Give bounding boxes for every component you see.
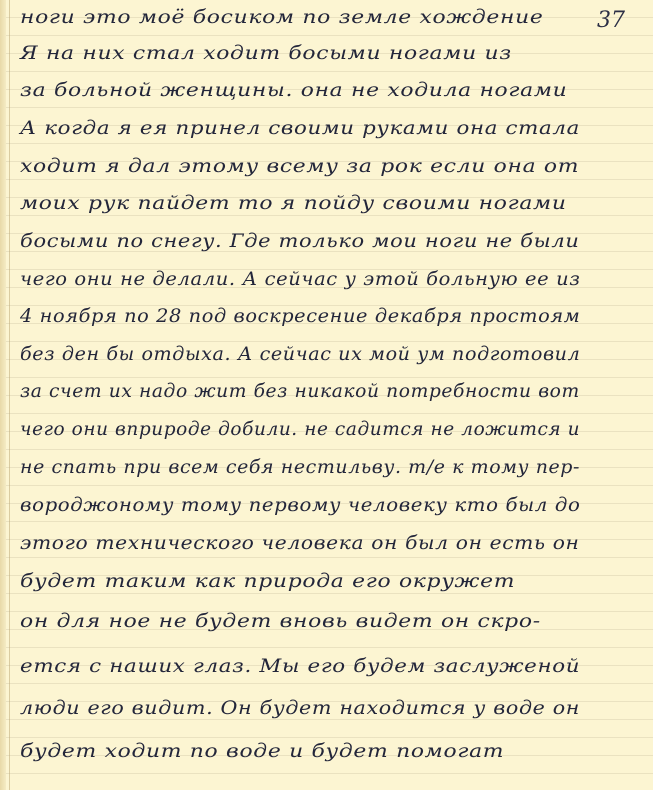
text-line: чего они не делали. А сейчас у этой боль… [20,268,580,290]
margin-line [9,0,10,790]
text-line: ется с наших глаз. Мы его будем заслужен… [20,655,580,677]
text-line: ходит я дал этому всему за рок если она … [20,155,579,177]
text-line: 4 ноября по 28 под воскресение декабря п… [20,305,580,327]
text-line: без ден бы отдыха. А сейчас их мой ум по… [20,343,580,365]
text-line: моих рук пайдет то я пойду своими ногами [20,192,567,214]
text-line: Я на них стал ходит босыми ногами из [20,42,512,64]
text-line: чего они вприроде добили. не садится не … [20,418,580,440]
text-line: не спать при всем себя нестильву. т/е к … [20,456,580,478]
page-number: 37 [597,8,625,33]
text-line: ноги это моё босиком по земле хождение [20,6,544,28]
text-line: он для ное не будет вновь видет он скро- [20,610,541,632]
text-line: будет таким как природа его окружет [20,570,515,592]
text-line: за счет их надо жит без никакой потребно… [20,380,580,402]
notebook-page: 37 ноги это моё босиком по земле хождени… [0,0,653,790]
text-line: этого технического человека он был он ес… [20,532,580,554]
text-line: А когда я ея принел своими руками она ст… [20,117,580,139]
text-line: люди его видит. Он будет находится у вод… [20,697,580,719]
text-line: вороджоному тому первому человеку кто бы… [20,494,580,516]
text-line: босыми по снегу. Где только мои ноги не … [20,230,580,252]
text-line: будет ходит по воде и будет помогат [20,740,504,762]
text-line: за больной женщины. она не ходила ногами [20,79,567,101]
